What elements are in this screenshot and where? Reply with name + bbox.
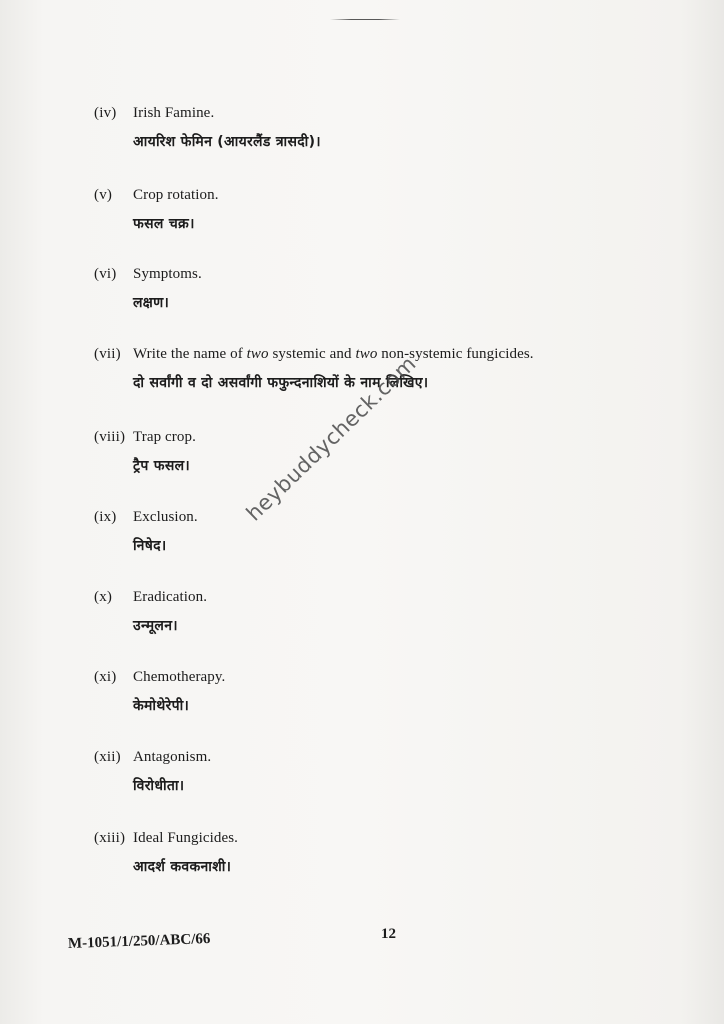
item-number: (v) xyxy=(94,186,112,204)
item-number: (vii) xyxy=(94,345,121,363)
item-english: Chemotherapy. xyxy=(133,668,225,686)
item-english: Irish Famine. xyxy=(133,104,214,122)
item-number: (x) xyxy=(94,588,112,606)
item-number: (xiii) xyxy=(94,829,125,847)
item-number: (xi) xyxy=(94,668,116,686)
item-english: Trap crop. xyxy=(133,428,196,446)
emphasis: two xyxy=(355,346,377,362)
text-part: systemic and xyxy=(269,346,356,362)
page-number: 12 xyxy=(381,926,396,943)
item-number: (viii) xyxy=(94,428,125,446)
item-hindi: फसल चक्र। xyxy=(133,214,195,234)
item-hindi: ट्रैप फसल। xyxy=(133,456,190,476)
item-english: Write the name of two systemic and two n… xyxy=(133,345,534,363)
item-number: (iv) xyxy=(94,104,116,122)
item-english: Ideal Fungicides. xyxy=(133,829,238,847)
item-english: Antagonism. xyxy=(133,748,211,766)
item-hindi: आयरिश फेमिन (आयरलैंड त्रासदी)। xyxy=(133,132,321,152)
emphasis: two xyxy=(247,346,269,362)
item-hindi: लक्षण। xyxy=(133,293,169,313)
item-number: (ix) xyxy=(94,508,116,526)
paper-code: M-1051/1/250/ABC/66 xyxy=(68,931,211,953)
item-hindi: निषेद। xyxy=(133,536,166,556)
item-english: Symptoms. xyxy=(133,265,202,283)
document-page: (iv) Irish Famine. आयरिश फेमिन (आयरलैंड … xyxy=(0,0,724,1024)
item-english: Crop rotation. xyxy=(133,186,219,204)
text-part: Write the name of xyxy=(133,346,247,362)
top-rule xyxy=(330,19,400,20)
item-hindi: उन्मूलन। xyxy=(133,616,178,636)
item-english: Eradication. xyxy=(133,588,207,606)
item-hindi: आदर्श कवकनाशी। xyxy=(133,857,231,877)
item-english: Exclusion. xyxy=(133,508,198,526)
item-hindi: विरोधीता। xyxy=(133,776,184,796)
item-hindi: केमोथेरेपी। xyxy=(133,696,189,716)
item-number: (xii) xyxy=(94,748,121,766)
item-number: (vi) xyxy=(94,265,116,283)
